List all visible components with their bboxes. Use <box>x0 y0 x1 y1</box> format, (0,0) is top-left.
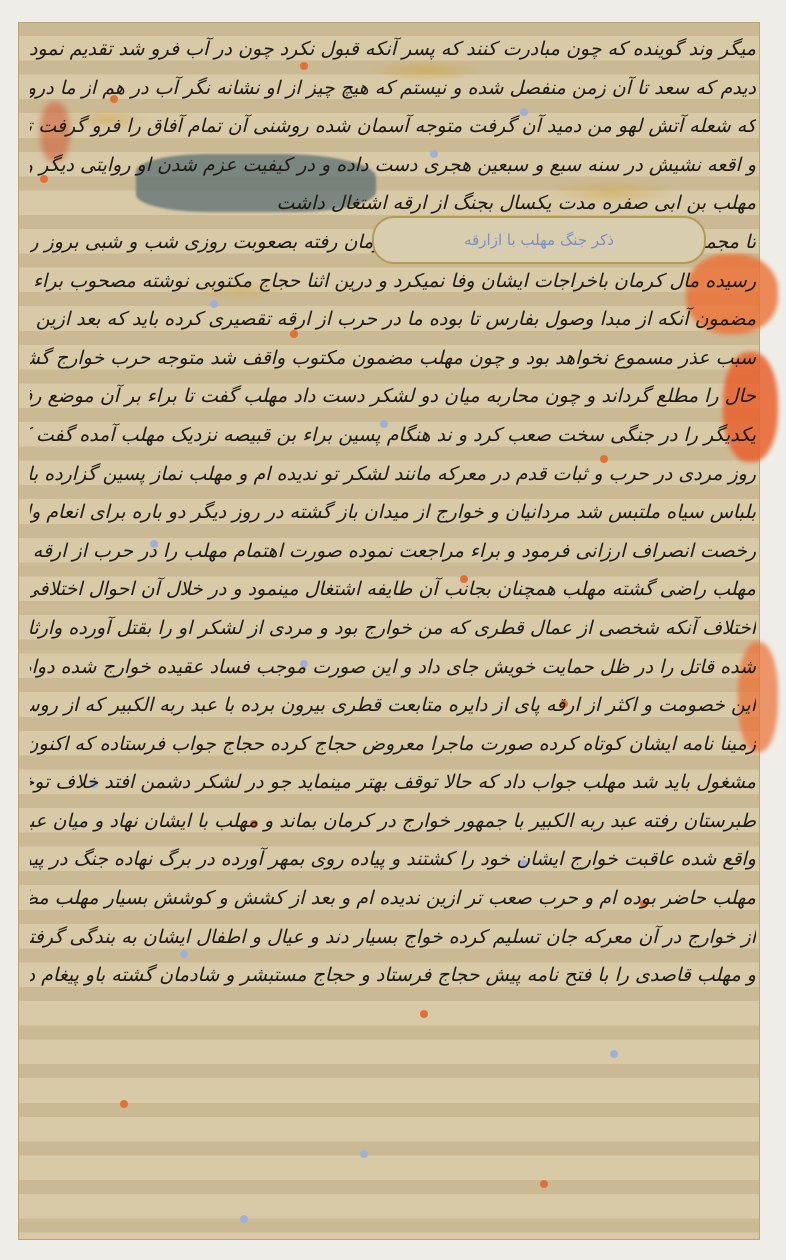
text-line: دیدم که سعد تا آن زمن منفصل شده و نیستم … <box>30 69 756 108</box>
text-line: این خصومت و اکثر از ارقه پای از دایره مت… <box>30 686 756 725</box>
text-line: مضمون آنکه از مبدا وصول بفارس تا بوده ما… <box>30 300 756 339</box>
text-line: رسیده مال کرمان باخراجات ایشان وفا نمیکر… <box>30 262 756 301</box>
text-line: مشغول باید شد مهلب جواب داد که حالا توقف… <box>30 763 756 802</box>
text-line: مهلب حاضر بوده ام و حرب صعب تر ازین ندید… <box>30 879 756 918</box>
chapter-heading-text: ذکر جنگ مهلب با ازارقه <box>464 231 614 249</box>
illumination-dot <box>610 1050 618 1058</box>
text-line: زمینا نامه ایشان کوتاه کرده صورت ماجرا م… <box>30 725 756 764</box>
text-line: میگر وند گوینده که چون مبادرت کنند که پس… <box>30 30 756 69</box>
text-line: شده قاتل را در ظل حمایت خویش جای داد و ا… <box>30 648 756 687</box>
text-line: واقع شده عاقبت خوارج ایشان خود را کشتند … <box>30 840 756 879</box>
text-line: سبب عذر مسموع نخواهد بود و چون مهلب مضمو… <box>30 339 756 378</box>
text-line: یکدیگر را در جنگی سخت صعب کرد و ند هنگام… <box>30 416 756 455</box>
text-line: از خوارج در آن معرکه جان تسلیم کرده خواج… <box>30 918 756 957</box>
text-line: بلباس سیاه ملتبس شد مردانیان و خوارج از … <box>30 493 756 532</box>
illumination-dot <box>360 1150 368 1158</box>
text-line: که شعله آتش لهو من دمید آن گرفت متوجه آس… <box>30 107 756 146</box>
illumination-dot <box>240 1215 248 1223</box>
text-block: میگر وند گوینده که چون مبادرت کنند که پس… <box>30 30 756 995</box>
text-line: و مهلب قاصدی را با فتح نامه پیش حجاج فرس… <box>30 956 756 995</box>
text-line: اختلاف آنکه شخصی از عمال قطری که من خوار… <box>30 609 756 648</box>
text-line: و اقعه نشیش در سنه سبع و سبعین هجری دست … <box>30 146 756 185</box>
text-line: طبرستان رفته عبد ربه الکبیر با جمهور خوا… <box>30 802 756 841</box>
text-line: رخصت انصراف ارزانی فرمود و براء مراجعت ن… <box>30 532 756 571</box>
illumination-dot <box>420 1010 428 1018</box>
illumination-dot <box>120 1100 128 1108</box>
text-line: مهلب راضی گشته مهلب همچنان بجانب آن طایف… <box>30 570 756 609</box>
chapter-heading-cartouche: ذکر جنگ مهلب با ازارقه <box>372 216 706 264</box>
text-line: حال را مطلع گرداند و چون محاربه میان دو … <box>30 377 756 416</box>
illumination-dot <box>540 1180 548 1188</box>
text-line: روز مردی در حرب و ثبات قدم در معرکه مانن… <box>30 455 756 494</box>
